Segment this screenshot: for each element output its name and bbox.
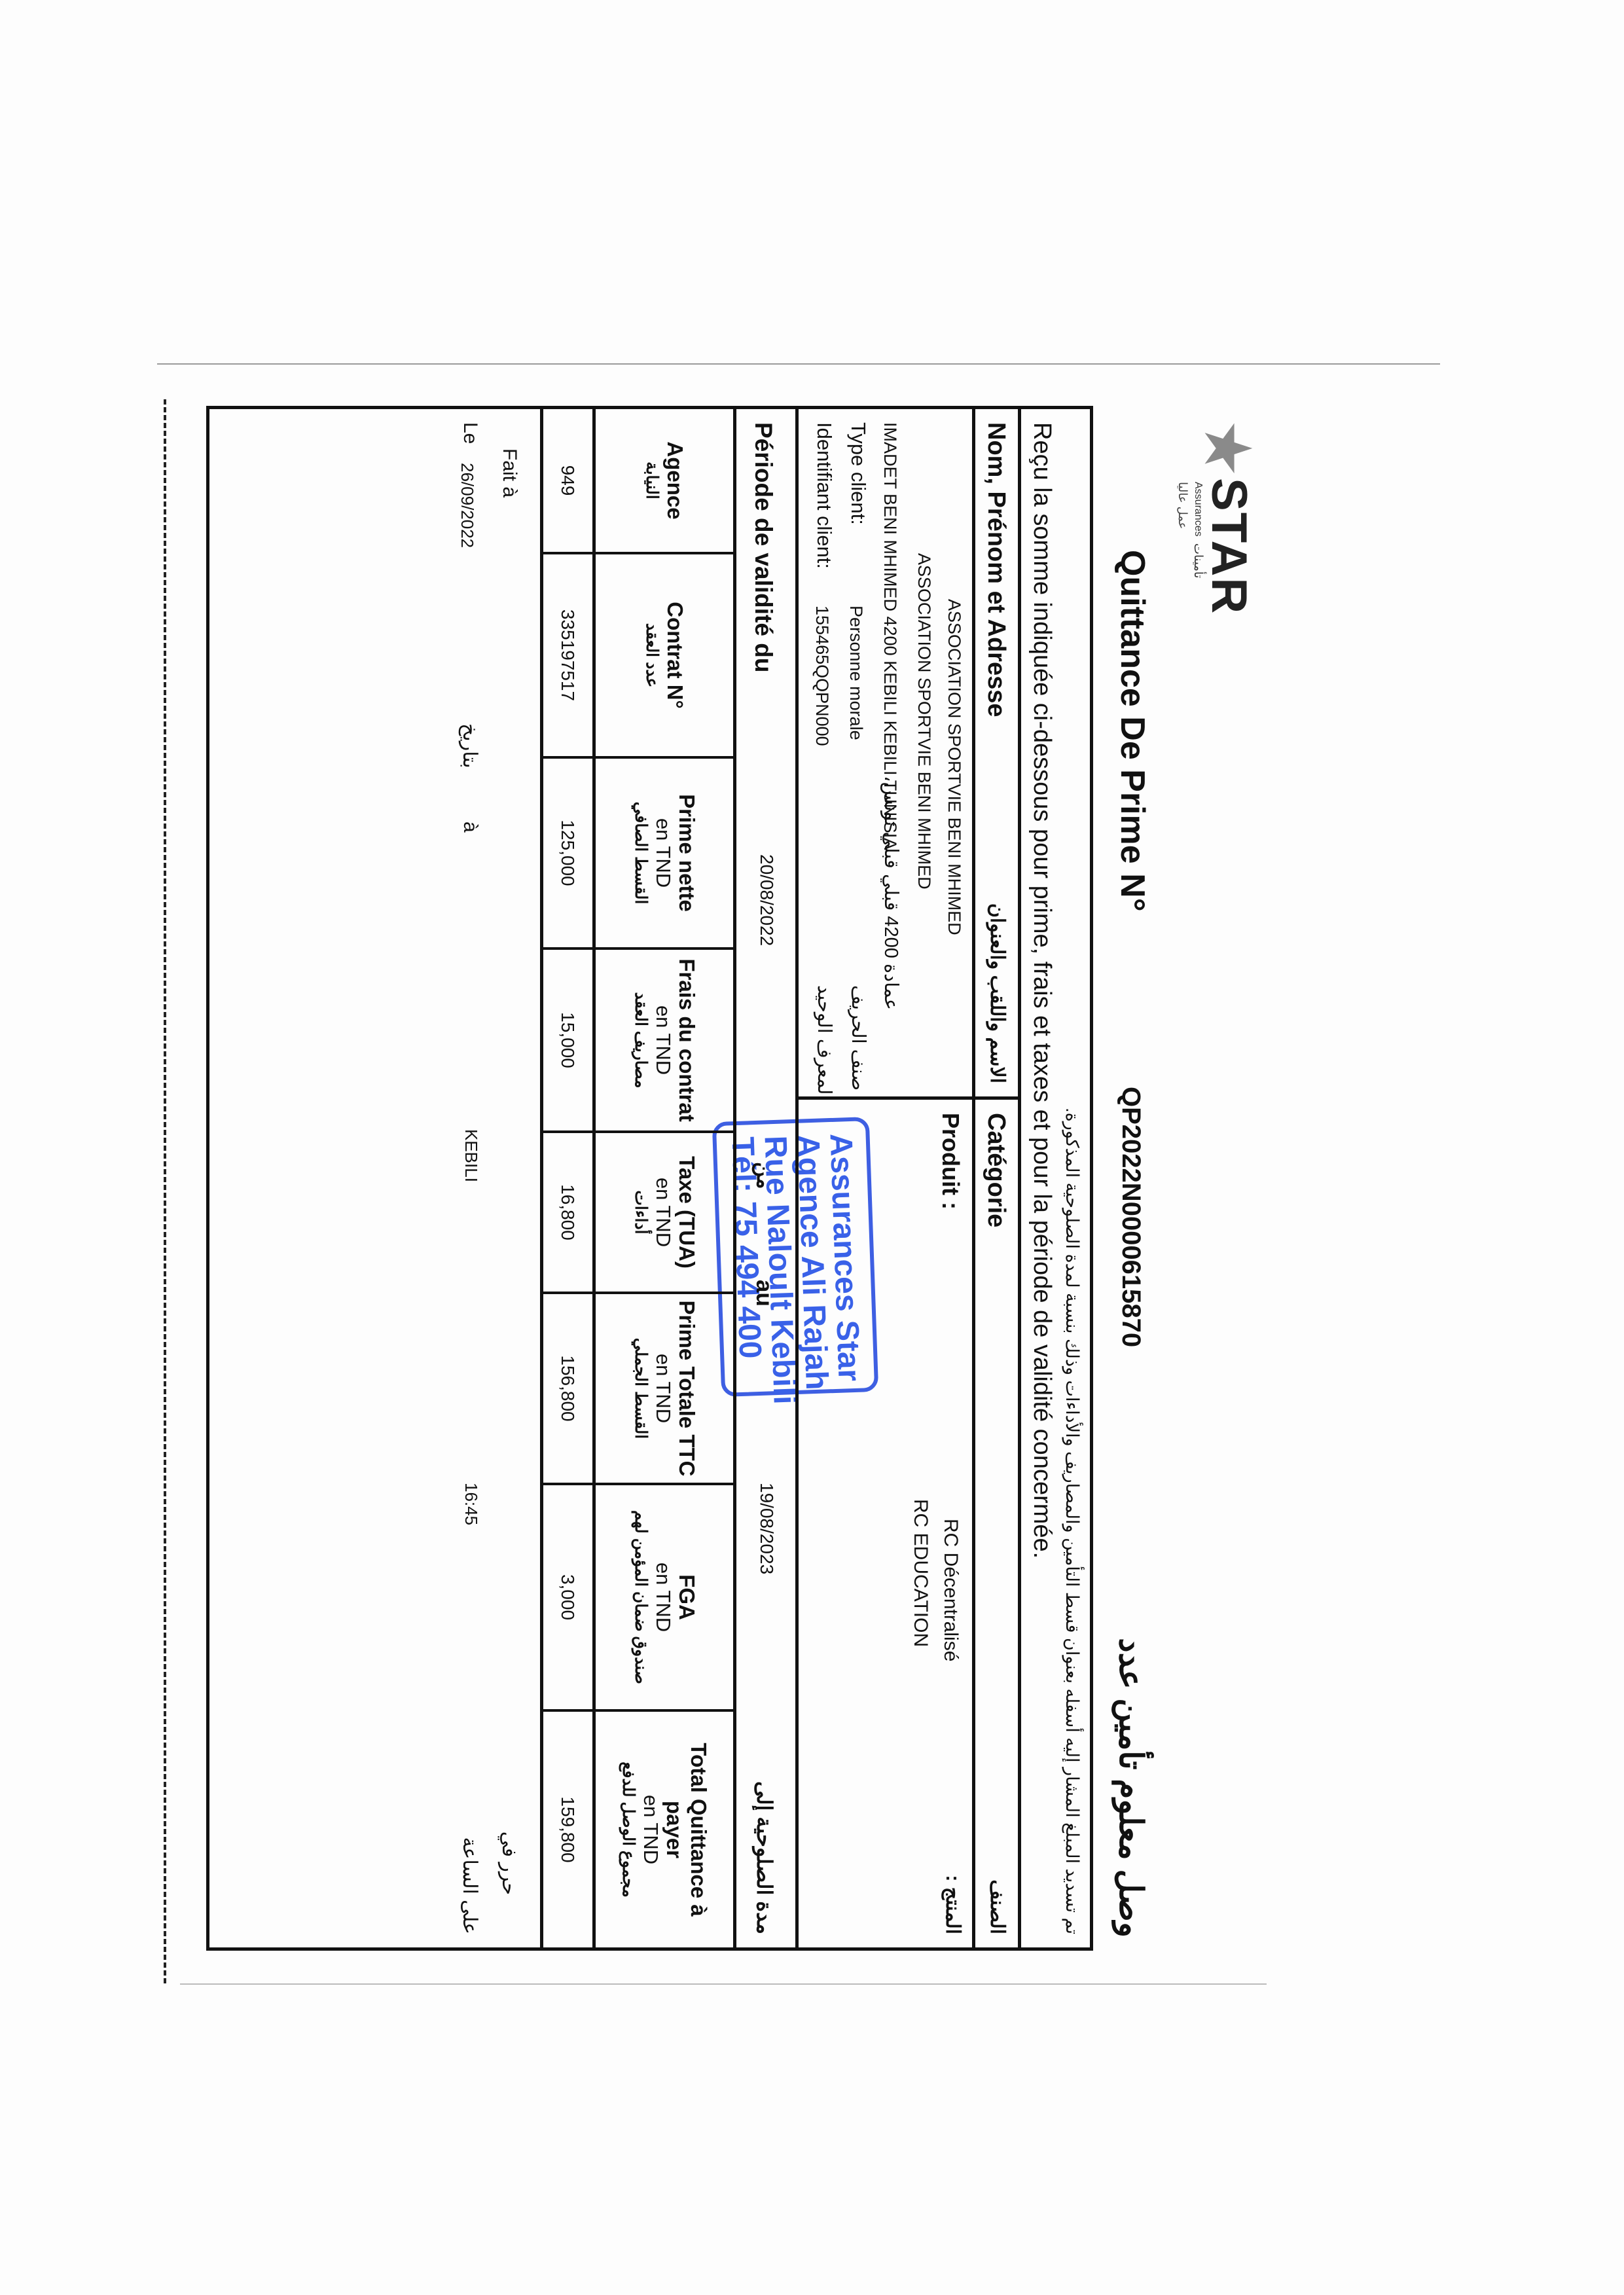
period-to-label: au [751,1280,777,1307]
column-label: Taxe (TUA) [675,1156,699,1269]
column-label-ar: مجموع الوصل للدفع [618,1762,640,1898]
column-header: Taxe (TUA)en TNDأداءات [592,1133,733,1292]
footer-date: 26/09/2022 [457,463,477,548]
period-label-ar: مدة الصلوحية إلى [752,1781,777,1934]
receipt-frame: تم تسديد المبلغ المشار إليه أسفله بعنوان… [206,406,1093,1951]
column-header: Prime netteen TNDالقسط الصافي [592,759,733,947]
column-value: 125,000 [543,759,592,947]
brand-tagline-ar: عمل عاليا [1176,482,1189,529]
date-label-ar: بتاريخ [458,723,481,768]
column-unit: en TND [652,1178,675,1247]
star-icon: ★ [1195,419,1260,478]
client-id-value: 155465QQPN000 [812,605,832,746]
amounts-table: Agenceالنيابة949Contrat N°عدد العقد33519… [543,409,733,1947]
fait-label-ar: حرر في [497,1832,520,1895]
column-header: Agenceالنيابة [592,409,733,552]
column-label-ar: عدد العقد [641,623,664,688]
column-label: Agence [664,441,688,519]
column-unit: en TND [652,818,675,888]
star-logo: ★ STAR Assurances تأمينات عمل عاليا [1182,419,1260,694]
column-header: Frais du contraten TNDمصاريف العقد [592,950,733,1130]
document-title-ar: وصل معلوم تأمين عدد [1112,1638,1150,1938]
client-type-value: Personne morale [846,605,866,740]
column-unit: en TND [652,1005,675,1075]
receipt-number: QP2022N0000615870 [1116,1087,1146,1347]
footer-time: 16:45 [461,1483,481,1525]
brand-name: STAR [1200,478,1257,615]
amount-column: Total Quittance à payeren TNDمجموع الوصل… [543,1712,733,1947]
column-label-ar: النيابة [641,461,664,499]
column-unit: en TND [652,1354,675,1423]
product-label: Produit : [937,1113,964,1210]
client-id-label-ar: المعرف الوحيد [813,985,836,1100]
column-value: 335197517 [543,554,592,756]
client-id-label: Identifiant client: [812,422,836,569]
time-label-ar: على الساعة [458,1837,481,1934]
column-label-ar: أداءات [630,1190,652,1234]
receipt-header: ★ STAR Assurances تأمينات عمل عاليا Quit… [1077,406,1267,1951]
client-name-2: ASSOCIATION SPORTVIE BENI MHIMED [914,553,934,890]
column-unit: en TND [652,1563,675,1632]
scan-top-rule [157,363,1440,365]
client-info: ASSOCIATION SPORTVIE BENI MHIMED ASSOCIA… [799,409,972,1100]
category-label: Catégorie [982,1113,1010,1227]
fait-label: Fait à [498,448,520,497]
client-section-label: Nom, Prénom et Adresse [982,422,1010,717]
column-header: FGAen TNDصندوق ضمان المؤمن لهم [592,1485,733,1709]
amount-column: Contrat N°عدد العقد335197517 [543,554,733,759]
column-label-ar: القسط الجملي [630,1338,652,1439]
column-value: 156,800 [543,1294,592,1483]
client-section-label-ar: الاسم واللقب والعنوان [986,903,1009,1083]
category-label-ar: الصنف [986,1879,1009,1934]
column-header: Prime Totale TTCen TNDالقسط الجملي [592,1294,733,1483]
column-label: Frais du contrat [675,958,699,1121]
period-label: Période de validité du [749,422,777,672]
document-title: Quittance De Prime N° [1113,550,1152,912]
column-label: Contrat N° [664,602,688,709]
client-name-1: ASSOCIATION SPORTVIE BENI MHIMED [944,599,964,935]
column-value: 15,000 [543,950,592,1130]
column-label-ar: مصاريف العقد [630,992,652,1089]
intro-text-ar: تم تسديد المبلغ المشار إليه أسفله بعنوان… [1062,1108,1082,1934]
time-label: à [459,822,481,833]
footer-place: KEBILI [461,1129,481,1182]
amount-column: Taxe (TUA)en TNDأداءات16,800 [543,1133,733,1294]
column-header: Total Quittance à payeren TNDمجموع الوصل… [592,1712,733,1947]
client-type-label: Type client: [846,422,870,525]
column-label: Total Quittance à payer [663,1712,712,1947]
brand-subtitle-ar: تأمينات [1191,543,1205,578]
period-to: 19/08/2023 [756,1483,777,1574]
receipt-footer: Fait à KEBILI Le 26/09/2022 بتاريخ à 16:… [206,409,543,1947]
column-label-ar: صندوق ضمان المؤمن لهم [630,1510,652,1684]
receipt-document: ★ STAR Assurances تأمينات عمل عاليا Quit… [206,406,1267,1951]
brand-subtitle: Assurances [1192,482,1204,537]
column-value: 949 [543,409,592,552]
period-from-ar: من [752,1162,777,1189]
product-item-2: RC EDUCATION [909,1499,931,1647]
column-label: FGA [675,1574,699,1620]
product-label-ar: المنتج : [941,1875,964,1934]
date-label: Le [459,422,481,444]
column-label: Prime nette [675,794,699,912]
validity-period-row: Période de validité du 20/08/2022 من au … [733,409,799,1947]
amount-column: Prime Totale TTCen TNDالقسط الجملي156,80… [543,1294,733,1485]
client-address-ar: عمادة 4200 قبلي قبلي تونس، [880,776,903,1010]
amount-column: Frais du contraten TNDمصاريف العقد15,000 [543,950,733,1133]
column-value: 159,800 [543,1712,592,1947]
amount-column: Agenceالنيابة949 [543,409,733,554]
column-label-ar: القسط الصافي [630,802,652,905]
section-header-row: Nom, Prénom et Adresse الاسم واللقب والع… [972,409,1021,1947]
column-label: Prime Totale TTC [675,1301,699,1477]
amount-column: FGAen TNDصندوق ضمان المؤمن لهم3,000 [543,1485,733,1712]
amount-column: Prime netteen TNDالقسط الصافي125,000 [543,759,733,950]
scan-bottom-rule [180,1983,1267,1985]
column-unit: en TND [640,1795,663,1864]
period-from: 20/08/2022 [756,854,777,946]
product-item-1: RC Décentralisé [939,1519,962,1661]
column-value: 16,800 [543,1133,592,1292]
column-value: 3,000 [543,1485,592,1709]
client-type-label-ar: صنف الحريف [847,985,870,1091]
column-header: Contrat N°عدد العقد [592,554,733,756]
intro-text-fr: Reçu la somme indiquée ci-dessous pour p… [1028,422,1056,1559]
perforation-cut-line [164,399,166,1983]
